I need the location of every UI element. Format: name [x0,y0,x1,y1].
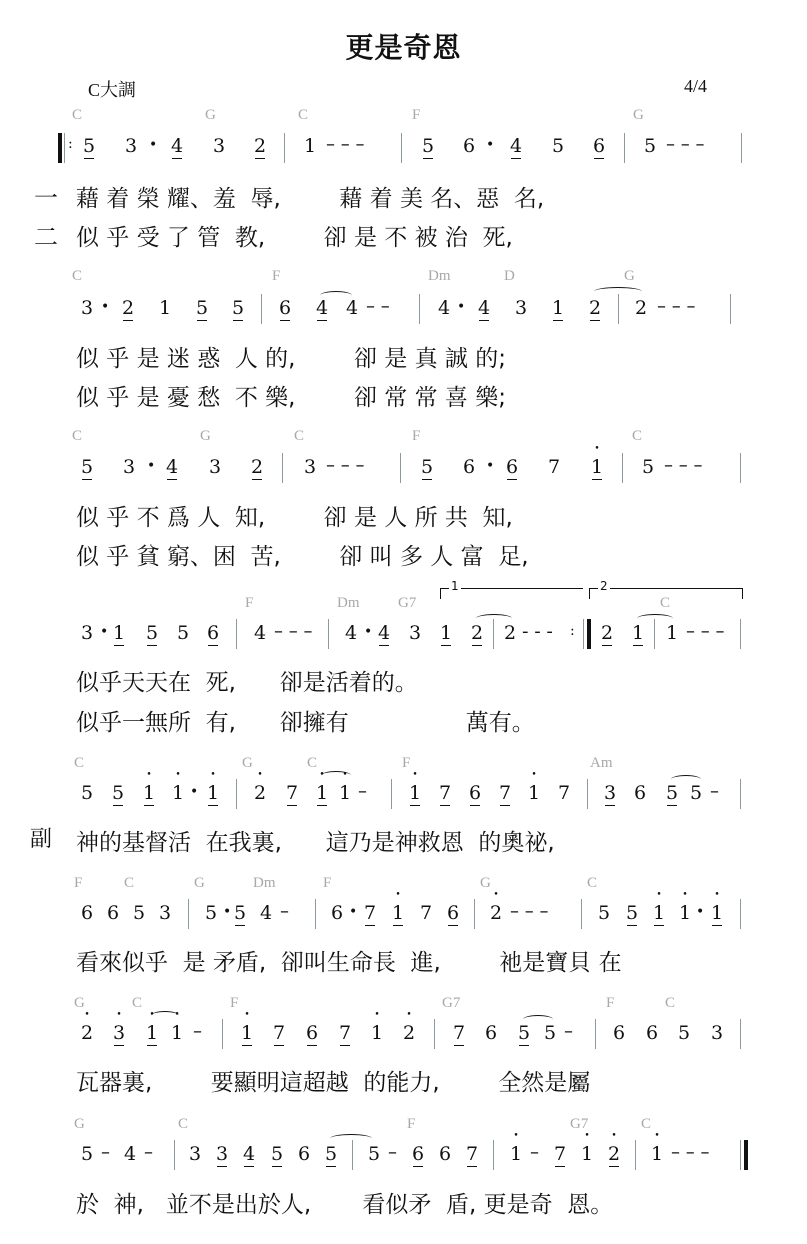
hold-dash: – [358,781,367,802]
lyric-line: 瓦器裏, 要顯明這超越 的能力, 全然是屬 [76,1064,590,1097]
chord: Dm [337,595,360,612]
chord: Dm [428,268,451,285]
note: 3 [111,1022,127,1044]
barline [654,619,655,649]
barline [174,1140,175,1170]
note: 1 [664,622,680,644]
chord: G [194,875,205,892]
note: 6 [445,902,461,924]
lyric-line: 藉 着 榮 耀、羞 辱, 藉 着 美 名、惡 名, [76,180,544,213]
note: 5 [269,1143,285,1165]
note: 2 [120,297,136,319]
note: 4 [476,297,492,319]
time-signature: 4/4 [684,76,707,97]
note: 7 [284,782,300,804]
note: 2 [401,1022,417,1044]
note: 1 [239,1022,255,1044]
note: 1 [508,1143,524,1165]
barline [618,294,619,324]
lyric-line: 似乎一無所 有, 卻擁有 萬有。 [76,704,535,737]
note: 3 [407,622,423,644]
note: 7 [451,1022,467,1044]
note: 2 [469,622,485,644]
note: 5 [419,456,435,478]
hold-dash: – [144,1142,153,1163]
chord: C [72,428,82,445]
barline [419,294,420,324]
note: 3 [157,902,173,924]
note: 1 [144,1022,160,1044]
note: 2 [599,622,615,644]
hold-dash: – [101,1142,110,1163]
note: 1 [579,1143,595,1165]
note: 6 [304,1022,320,1044]
lyric-line: 似乎天天在 死, 卻是活着的。 [76,664,418,697]
lyric-line: 神的基督活 在我裏, 這乃是神救恩 的奧祕, [76,824,555,857]
note: 7 [271,1022,287,1044]
hold-dashes: – – – [666,134,704,155]
barline [282,453,283,483]
chord: G [205,107,216,124]
note: 5 [79,782,95,804]
note: 1 [589,456,605,478]
note: 1 [205,782,221,804]
note: 1 [337,782,353,804]
lyric-line: 看來似乎 是 矛盾, 卻叫生命長 進, 祂是寶貝 在 [76,944,622,977]
note: 3 [513,297,529,319]
note: 1 [526,782,542,804]
note: 7 [552,1143,568,1165]
note: 5 [624,902,640,924]
chord: C [178,1116,188,1133]
note: 6 [461,456,477,478]
barline [622,453,623,483]
chord: F [407,1116,415,1133]
chord: F [74,875,82,892]
note: 6 [644,1022,660,1044]
note: 5 [688,782,704,804]
lyric-line: 似 乎 不 爲 人 知, 卻 是 人 所 共 知, [76,499,513,532]
note: 6 [437,1143,453,1165]
verse-mark-1: 一 [34,178,58,213]
barline [583,619,584,649]
note: 2 [502,622,518,644]
chord: F [412,107,420,124]
barline [740,899,741,929]
hold-dash: – [280,901,289,922]
note: 5 [232,902,248,924]
barline [740,1019,741,1049]
note: 3 [211,135,227,157]
note: 1 [407,782,423,804]
augmentation-dot: • [457,299,465,315]
hold-dash: – [388,1142,397,1163]
barline [434,1019,435,1049]
note: 5 [110,782,126,804]
chord: D [504,268,515,285]
note: 6 [205,622,221,644]
note: 6 [467,782,483,804]
chord: Dm [253,875,276,892]
note: 1 [169,1022,185,1044]
note: 5 [175,622,191,644]
note: 4 [436,297,452,319]
note: 5 [79,456,95,478]
chord: C [74,755,84,772]
barline [236,779,237,809]
chord: G [624,268,635,285]
chord: F [230,995,238,1012]
note: 3 [302,456,318,478]
note: 6 [329,902,345,924]
note: 5 [642,135,658,157]
note: 6 [79,902,95,924]
barline [740,779,741,809]
note: 6 [410,1143,426,1165]
note: 2 [252,135,268,157]
barline [581,899,582,929]
chord: C [72,107,82,124]
hold-dash: – [710,781,719,802]
lyric-line: 於 神, 並不是出於人, 看似矛 盾, 更是奇 恩。 [76,1186,613,1219]
chord: C [665,995,675,1012]
note: 3 [602,782,618,804]
note: 2 [606,1143,622,1165]
augmentation-dot: • [100,624,108,640]
note: 7 [337,1022,353,1044]
verse-mark-2: 二 [34,217,58,252]
note: 4 [314,297,330,319]
note: 5 [420,135,436,157]
note: 5 [366,1143,382,1165]
volta-number: 1 [449,579,461,593]
note: 5 [194,297,210,319]
note: 5 [664,782,680,804]
augmentation-dot: • [349,904,357,920]
chord: C [72,268,82,285]
lyric-line: 似 乎 受 了 管 教, 卻 是 不 被 治 死, [76,219,513,252]
chord: G [200,428,211,445]
note: 7 [437,782,453,804]
note: 5 [676,1022,692,1044]
augmentation-dot: • [696,904,704,920]
note: 4 [343,622,359,644]
barline [188,899,189,929]
chord: C [298,107,308,124]
note: 4 [508,135,524,157]
note: 1 [111,622,127,644]
note: 6 [591,135,607,157]
barline [401,133,402,163]
chord: C [632,428,642,445]
chord: F [412,428,420,445]
note: 4 [252,622,268,644]
barline [624,133,625,163]
note: 5 [596,902,612,924]
note: 3 [207,456,223,478]
barline [352,1140,353,1170]
note: 1 [550,297,566,319]
barline [236,619,237,649]
barline [741,133,742,163]
chord: F [323,875,331,892]
note: 6 [105,902,121,924]
augmentation-dot: • [486,137,494,153]
note: 3 [79,297,95,319]
repeat-dots: : [570,623,575,639]
note: 3 [79,622,95,644]
note: 6 [461,135,477,157]
note: 5 [542,1022,558,1044]
barline [400,453,401,483]
note: 1 [141,782,157,804]
note: 3 [123,135,139,157]
barline [328,619,329,649]
hold-dashes: - - - [522,621,553,642]
augmentation-dot: • [364,624,372,640]
note: 2 [587,297,603,319]
note: 6 [632,782,648,804]
note: 7 [464,1143,480,1165]
lyric-line: 似 乎 是 迷 惑 人 的, 卻 是 真 誠 的; [76,340,506,373]
lyric-line: 似 乎 是 憂 愁 不 樂, 卻 常 常 喜 樂; [76,379,506,412]
barline [474,899,475,929]
note: 5 [640,456,656,478]
hold-dashes: – – – [657,296,695,317]
chord: Am [590,755,613,772]
chorus-mark: 副 [30,822,52,853]
augmentation-dot: • [147,458,155,474]
note: 4 [344,297,360,319]
note: 2 [79,1022,95,1044]
note: 7 [556,782,572,804]
chord: G7 [442,995,460,1012]
note: 6 [277,297,293,319]
note: 4 [169,135,185,157]
volta-number: 2 [598,579,610,593]
chord: F [245,595,253,612]
note: 1 [630,622,646,644]
barline [391,779,392,809]
note: 2 [249,456,265,478]
note: 5 [230,297,246,319]
repeat-end-barline [587,619,591,649]
note: 5 [323,1143,339,1165]
barline [730,294,731,324]
note: 6 [611,1022,627,1044]
note: 5 [144,622,160,644]
volta-1: 1 [440,588,583,599]
hold-dashes: – – – [274,621,312,642]
slur [330,1134,372,1143]
note: 7 [546,456,562,478]
hold-dashes: – – – [664,455,702,476]
note: 5 [81,135,97,157]
note: 1 [157,297,173,319]
augmentation-dot: • [190,784,198,800]
note: 4 [376,622,392,644]
note: 7 [497,782,513,804]
chord: C [132,995,142,1012]
note: 1 [677,902,693,924]
chord: C [294,428,304,445]
note: 6 [296,1143,312,1165]
barline [740,1140,741,1170]
note: 4 [122,1143,138,1165]
note: 1 [170,782,186,804]
note: 5 [550,135,566,157]
note: 1 [314,782,330,804]
hold-dashes: – – – [671,1142,709,1163]
barline [222,1019,223,1049]
note: 6 [504,456,520,478]
note: 1 [438,622,454,644]
hold-dash: – [193,1021,202,1042]
note: 7 [418,902,434,924]
hold-dashes: – – – [686,621,724,642]
barline [284,133,285,163]
hold-dashes: – – – [326,455,364,476]
key-signature: C大調 [88,76,136,102]
note: 2 [488,902,504,924]
note: 4 [164,456,180,478]
note: 4 [258,902,274,924]
note: 4 [241,1143,257,1165]
note: 3 [214,1143,230,1165]
note: 1 [302,135,318,157]
hold-dashes: – – – [326,134,364,155]
repeat-dots: : [68,136,73,152]
chord: G7 [398,595,416,612]
chord: G [74,1116,85,1133]
final-barline [744,1140,748,1170]
chord: G [633,107,644,124]
hold-dash: – [564,1021,573,1042]
barline [740,453,741,483]
note: 2 [252,782,268,804]
volta-2: 2 [589,588,743,599]
barline [261,294,262,324]
note: 3 [709,1022,725,1044]
note: 5 [516,1022,532,1044]
barline [587,779,588,809]
lyric-line: 似 乎 貧 窮、困 苦, 卻 叫 多 人 富 足, [76,538,529,571]
note: 2 [633,297,649,319]
barline [635,1140,636,1170]
note: 1 [651,902,667,924]
hold-dash: – [530,1142,539,1163]
note: 1 [649,1143,665,1165]
augmentation-dot: • [101,299,109,315]
song-title: 更是奇恩 [0,26,807,66]
augmentation-dot: • [149,137,157,153]
barline [595,1019,596,1049]
hold-dashes: – – [366,296,390,317]
note: 1 [709,902,725,924]
chord: C [587,875,597,892]
note: 5 [79,1143,95,1165]
barline [493,619,494,649]
repeat-start-barline [58,133,62,163]
barline [740,619,741,649]
note: 5 [203,902,219,924]
note: 7 [362,902,378,924]
note: 5 [131,902,147,924]
chord: F [606,995,614,1012]
note: 6 [483,1022,499,1044]
note: 3 [121,456,137,478]
chord: F [272,268,280,285]
hold-dashes: – – – [510,901,548,922]
augmentation-dot: • [223,904,231,920]
chord: C [124,875,134,892]
barline [315,899,316,929]
note: 1 [369,1022,385,1044]
augmentation-dot: • [486,458,494,474]
barline [493,1140,494,1170]
barline [64,133,65,163]
note: 3 [187,1143,203,1165]
note: 1 [390,902,406,924]
